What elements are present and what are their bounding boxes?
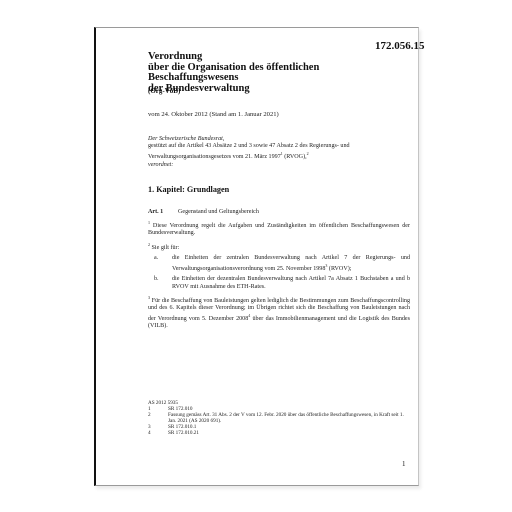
footnote: 4SR 172.010.21 [148,431,410,437]
paragraph-3: 3 Für die Beschaffung von Bauleistungen … [148,294,410,331]
page-number: 1 [402,460,406,468]
ingress-decree: verordnet: [148,162,410,169]
footnote: 2Fassung gemäss Art. 31 Abs. 2 der V vom… [148,413,410,425]
title-line: der Bundesverwaltung [148,84,408,95]
list-item: a. die Einheiten der zentralen Bundesver… [148,255,410,273]
abbreviation: (Org-VöB) [148,87,180,95]
ingress: Der Schweizerische Bundesrat, gestützt a… [148,136,410,169]
article-number: Art. 1 [148,209,178,216]
paragraph-2: 2 Sie gilt für: [148,241,410,252]
footnote-ref[interactable]: 2 [307,151,309,156]
document-title: Verordnung über die Organisation des öff… [148,52,408,94]
article-title: Gegenstand und Geltungsbereich [178,209,259,216]
sr-number: 172.056.15 [375,40,425,52]
article-heading: Art. 1 Gegenstand und Geltungsbereich [148,209,410,216]
list-item: b. die Einheiten der dezentralen Bundesv… [148,276,410,290]
article-1: Art. 1 Gegenstand und Geltungsbereich 1 … [148,209,410,334]
title-line: über die Organisation des öffentlichen B… [148,63,408,84]
chapter-title: 1. Kapitel: Grundlagen [148,185,229,194]
ingress-basis: gestützt auf die Artikel 43 Absätze 2 un… [148,143,410,161]
document-page: 172.056.15 Verordnung über die Organisat… [94,27,419,486]
date-line: vom 24. Oktober 2012 (Stand am 1. Januar… [148,111,279,118]
title-line: Verordnung [148,52,408,63]
paragraph-1: 1 Diese Verordnung regelt die Aufgaben u… [148,219,410,237]
footnotes: AS 2012 5935 1SR 172.010 2Fassung gemäss… [148,401,410,436]
